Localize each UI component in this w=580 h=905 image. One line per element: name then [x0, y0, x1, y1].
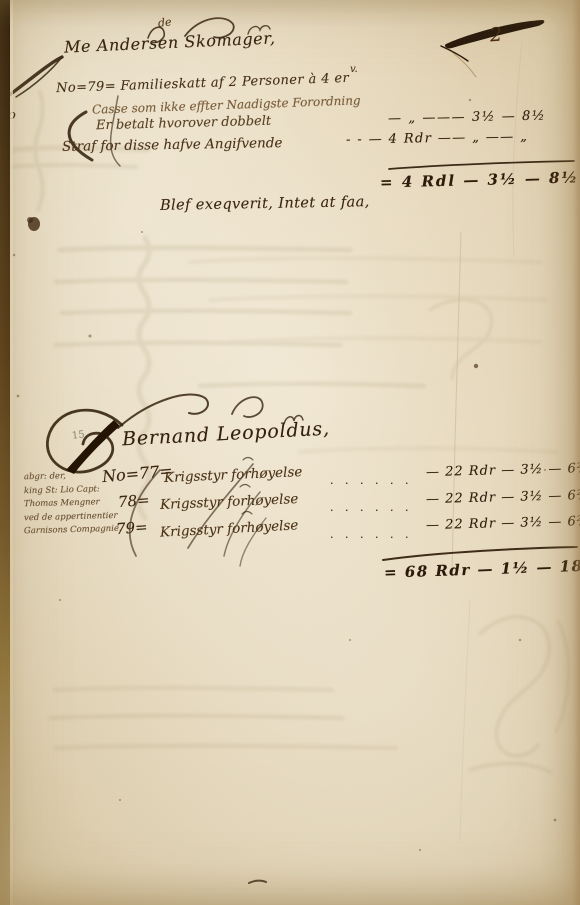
binding-edge-highlight: [10, 0, 13, 905]
heading-superscript: de: [157, 15, 172, 29]
manuscript-scan: 2 o de Me Andersen Skomager, No=79= Fami…: [0, 0, 580, 905]
entry-number: 79=: [115, 518, 148, 538]
entry-number: 78=: [117, 491, 150, 511]
entry-leader-dots: . . . . . .: [330, 501, 412, 514]
account-row-amount: - - — 4 Rdr —— „ —— „: [346, 129, 529, 147]
account-row-amount: — „ ——— 3½ — 8½: [388, 109, 546, 127]
margin-note: Garnisons Compagnie.: [24, 523, 122, 539]
subject-superscript: v.: [350, 64, 358, 75]
folio-number: 2: [489, 24, 503, 47]
pencil-loop-mark: 15: [71, 429, 85, 442]
page-right-edge: [572, 0, 580, 905]
entry-leader-dots: . . . . . .: [330, 474, 412, 487]
binding-edge: [0, 0, 10, 905]
entry-leader-dots: . . . . . .: [330, 528, 412, 541]
